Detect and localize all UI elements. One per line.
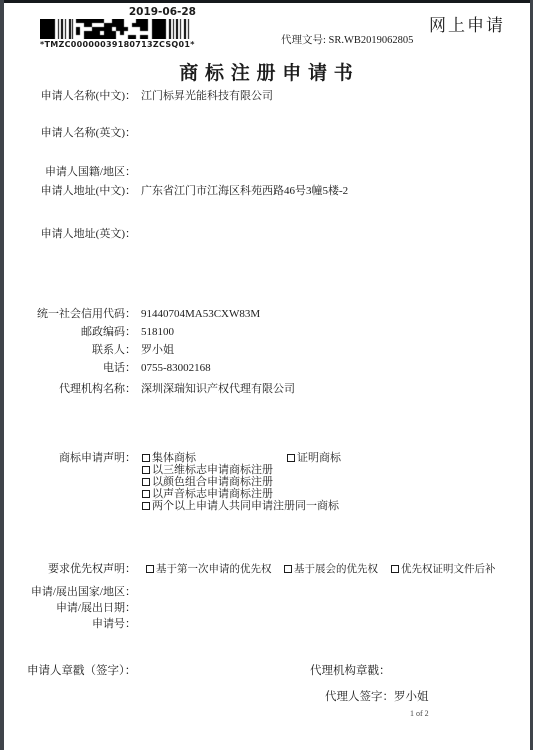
- checkbox-icon: [391, 565, 399, 573]
- page-left-edge: [0, 0, 4, 750]
- agency-seal-label: 代理机构章戳：: [310, 662, 391, 678]
- field-label: 邮政编码：: [0, 326, 136, 339]
- priority-label: 要求优先权声明：: [0, 563, 136, 576]
- priority-option-docs-later: 优先权证明文件后补: [391, 563, 496, 576]
- agent-ref-value: SR.WB2019062805: [329, 35, 414, 46]
- agent-ref-line: 代理文号: SR.WB2019062805: [281, 32, 413, 47]
- checkbox-icon: [142, 502, 150, 510]
- field-value: 518100: [141, 326, 174, 339]
- checkbox-icon: [146, 565, 154, 573]
- online-application-label: 网上申请: [429, 11, 505, 36]
- field-label: 申请号：: [0, 618, 136, 631]
- barcode-image: [40, 19, 192, 39]
- declaration-label: 商标申请声明：: [0, 452, 136, 465]
- field-label: 申请人国籍/地区：: [0, 166, 136, 179]
- field-label: 申请/展出国家/地区：: [0, 586, 136, 599]
- agent-signature-value: 罗小姐: [394, 691, 429, 703]
- checkbox-icon: [142, 466, 150, 474]
- checkbox-icon: [287, 454, 295, 462]
- field-label: 申请人地址(中文)：: [0, 185, 136, 198]
- checkbox-icon: [142, 478, 150, 486]
- field-label: 申请人地址(英文)：: [0, 228, 136, 241]
- agent-signature-label: 代理人签字：: [325, 691, 394, 703]
- checkbox-icon: [142, 454, 150, 462]
- checkbox-icon: [142, 490, 150, 498]
- field-value: 深圳深瑞知识产权代理有限公司: [141, 383, 295, 396]
- field-value: 0755-83002168: [141, 362, 211, 375]
- checkbox-icon: [284, 565, 292, 573]
- field-value: 江门标昇光能科技有限公司: [141, 90, 273, 103]
- barcode-value: *TMZC00000039180713ZCSQ01*: [40, 40, 198, 49]
- declaration-option-joint: 两个以上申请人共同申请注册同一商标: [142, 500, 339, 513]
- priority-option-exhibition: 基于展会的优先权: [284, 563, 378, 576]
- agent-signature-line: 代理人签字：罗小姐: [325, 688, 429, 704]
- document-title: 商 标 注 册 申 请 书: [0, 58, 533, 85]
- field-label: 统一社会信用代码：: [0, 308, 136, 321]
- page-number: 1 of 2: [410, 709, 429, 718]
- agent-ref-label: 代理文号:: [281, 35, 326, 46]
- barcode-block: 2019-06-28 *TMZC00000039180713ZCSQ01*: [40, 6, 198, 49]
- field-value: 罗小姐: [141, 344, 174, 357]
- field-value: 广东省江门市江海区科苑西路46号3幢5楼-2: [141, 185, 348, 198]
- field-label: 代理机构名称：: [0, 383, 136, 396]
- priority-option-first-filing: 基于第一次申请的优先权: [146, 563, 272, 576]
- declaration-option-certification: 证明商标: [287, 452, 341, 465]
- field-label: 联系人：: [0, 344, 136, 357]
- field-label: 申请/展出日期：: [0, 602, 136, 615]
- field-label: 申请人名称(英文)：: [0, 127, 136, 140]
- applicant-seal-label: 申请人章戳（签字）：: [27, 662, 136, 678]
- page-top-edge: [0, 0, 533, 3]
- trademark-application-page: { "header": { "scan_date": "2019-06-28",…: [0, 0, 533, 750]
- field-label: 申请人名称(中文)：: [0, 90, 136, 103]
- barcode-date: 2019-06-28: [40, 6, 198, 18]
- field-value: 91440704MA53CXW83M: [141, 308, 260, 321]
- field-label: 电话：: [0, 362, 136, 375]
